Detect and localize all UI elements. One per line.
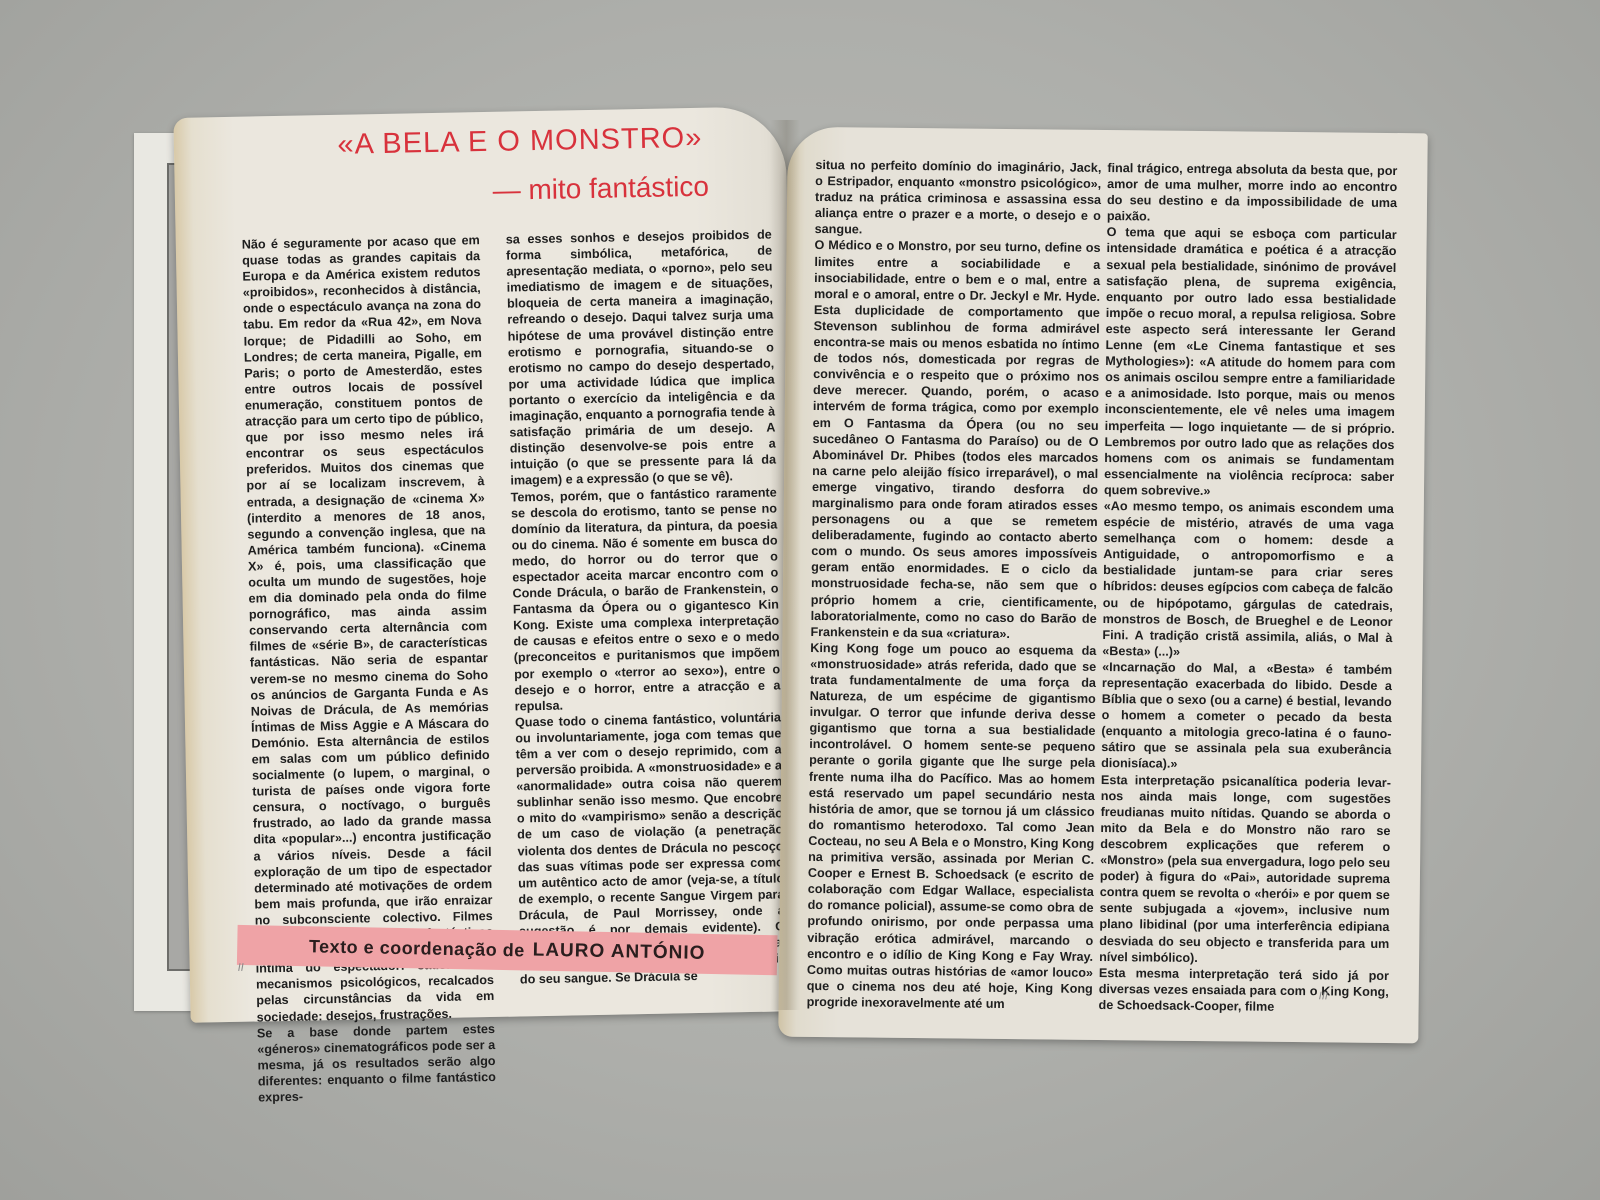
left-page-column-1: Não é seguramente por acaso que em quase… bbox=[242, 232, 497, 1105]
paragraph: «Incarnação do Mal, a «Besta» é também r… bbox=[1101, 659, 1392, 775]
paragraph: King Kong foge um pouco ao esquema da «m… bbox=[807, 640, 1097, 1013]
paragraph: Temos, porém, que o fantástico raramente… bbox=[511, 484, 781, 714]
right-page: situa no perfeito domínio do imaginário,… bbox=[778, 127, 1427, 1044]
page-number-left: II bbox=[238, 962, 244, 974]
left-page-column-2: sa esses sonhos e desejos proibidos de f… bbox=[506, 226, 786, 987]
paragraph: Se a base donde partem estes «géneros» c… bbox=[257, 1021, 497, 1106]
page-number-right: III bbox=[1319, 990, 1328, 1002]
paragraph: O tema que aqui se esboça com particular… bbox=[1104, 224, 1397, 501]
paragraph: situa no perfeito domínio do imaginário,… bbox=[815, 157, 1102, 240]
article-header: «A BELA E O MONSTRO» — mito fantástico bbox=[174, 120, 787, 213]
paragraph: «Ao mesmo tempo, os animais escondem uma… bbox=[1102, 498, 1394, 662]
paragraph: Não é seguramente por acaso que em quase… bbox=[242, 232, 495, 1025]
right-page-column-1: situa no perfeito domínio do imaginário,… bbox=[807, 157, 1102, 1013]
paragraph: O Médico e o Monstro, por seu turno, def… bbox=[810, 237, 1100, 642]
right-page-column-2: final trágico, entrega absoluta da besta… bbox=[1099, 160, 1398, 1016]
article-subtitle: — mito fantástico bbox=[175, 169, 788, 213]
paragraph: Esta interpretação psicanalítica poderia… bbox=[1099, 772, 1391, 968]
left-page: «A BELA E O MONSTRO» — mito fantástico N… bbox=[173, 106, 802, 1023]
article-title: «A BELA E O MONSTRO» bbox=[174, 120, 787, 165]
paragraph: final trágico, entrega absoluta da besta… bbox=[1107, 160, 1398, 227]
paragraph: Esta mesma interpretação terá sido já po… bbox=[1099, 965, 1389, 1016]
paragraph: sa esses sonhos e desejos proibidos de f… bbox=[506, 226, 777, 489]
credit-author: LAURO ANTÓNIO bbox=[532, 940, 705, 965]
credit-prefix: Texto e coordenação de bbox=[309, 936, 525, 961]
